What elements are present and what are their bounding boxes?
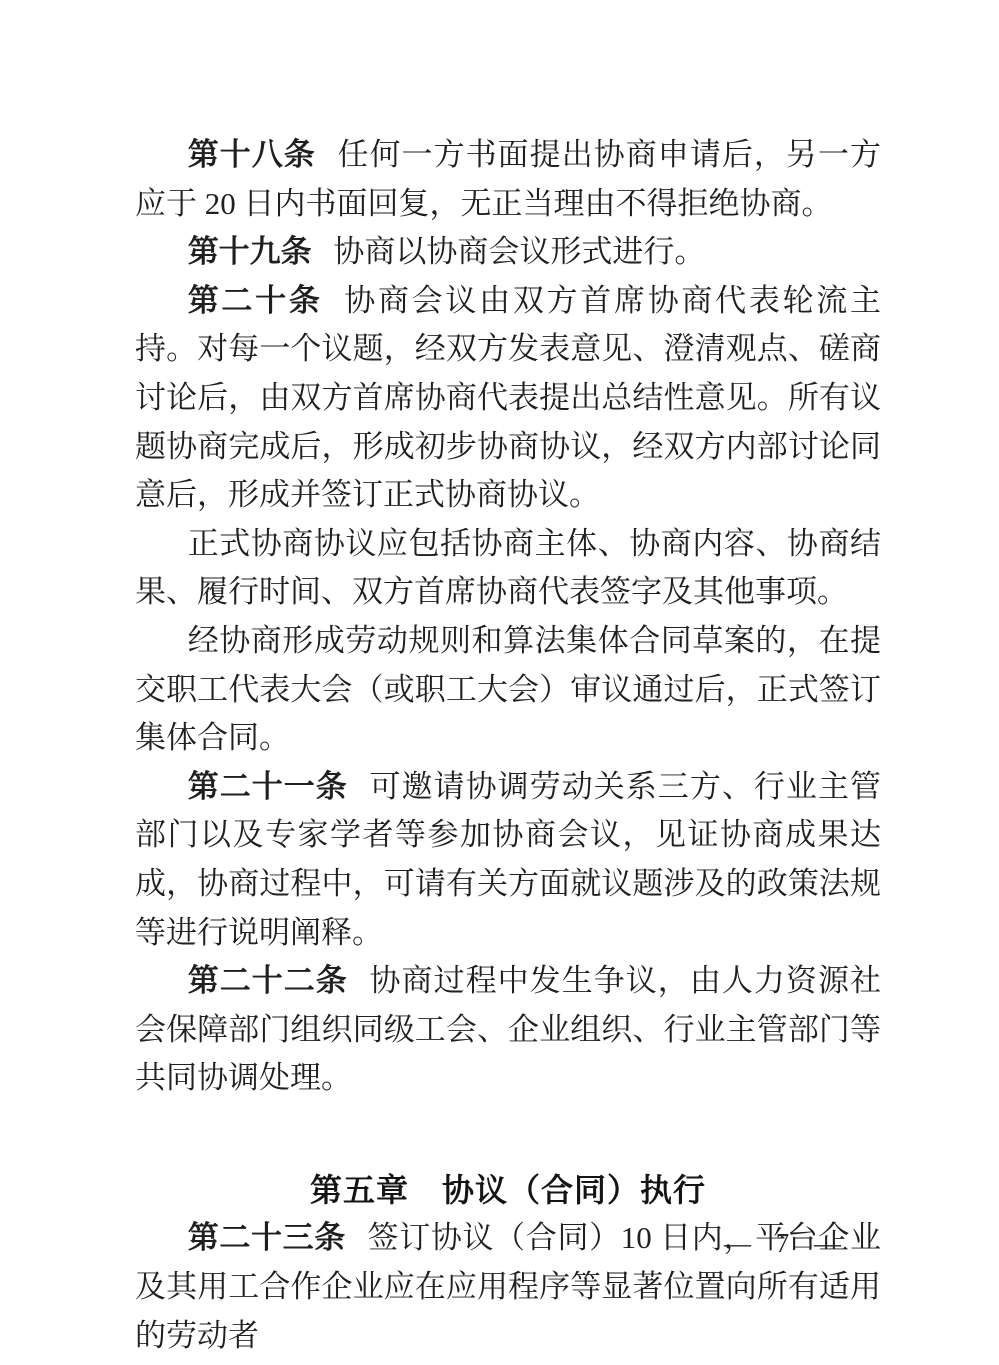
chapter-heading: 第五章 协议（合同）执行 <box>135 1166 881 1215</box>
article-number: 第二十三条 <box>188 1220 346 1255</box>
article-number: 第二十一条 <box>188 769 348 804</box>
article-number: 第二十条 <box>188 283 323 318</box>
article-paragraph: 第十八条任何一方书面提出协商申请后，另一方应于 20 日内书面回复，无正当理由不… <box>135 131 881 228</box>
article-number: 第十八条 <box>188 137 316 172</box>
paragraph-text: 正式协商协议应包括协商主体、协商内容、协商结果、履行时间、双方首席协商代表签字及… <box>135 526 881 610</box>
body-paragraph: 正式协商协议应包括协商主体、协商内容、协商结果、履行时间、双方首席协商代表签字及… <box>135 520 881 617</box>
article-paragraph: 第二十条协商会议由双方首席协商代表轮流主持。对每一个议题，经双方发表意见、澄清观… <box>135 277 881 520</box>
article-paragraph: 第二十二条协商过程中发生争议，由人力资源社会保障部门组织同级工会、企业组织、行业… <box>135 957 881 1103</box>
paragraph-text: 经协商形成劳动规则和算法集体合同草案的，在提交职工代表大会（或职工大会）审议通过… <box>135 623 881 755</box>
document-page: 第十八条任何一方书面提出协商申请后，另一方应于 20 日内书面回复，无正当理由不… <box>0 0 999 1365</box>
article-paragraph: 第十九条协商以协商会议形式进行。 <box>135 228 881 277</box>
paragraph-text: 协商以协商会议形式进行。 <box>333 234 705 269</box>
article-paragraph: 第二十一条可邀请协调劳动关系三方、行业主管部门以及专家学者等参加协商会议，见证协… <box>135 763 881 957</box>
article-number: 第二十二条 <box>188 963 348 998</box>
page-number: — 7 — <box>724 1228 843 1259</box>
body-paragraph: 经协商形成劳动规则和算法集体合同草案的，在提交职工代表大会（或职工大会）审议通过… <box>135 617 881 763</box>
article-number: 第十九条 <box>188 234 312 269</box>
document-body: 第十八条任何一方书面提出协商申请后，另一方应于 20 日内书面回复，无正当理由不… <box>135 131 881 1360</box>
